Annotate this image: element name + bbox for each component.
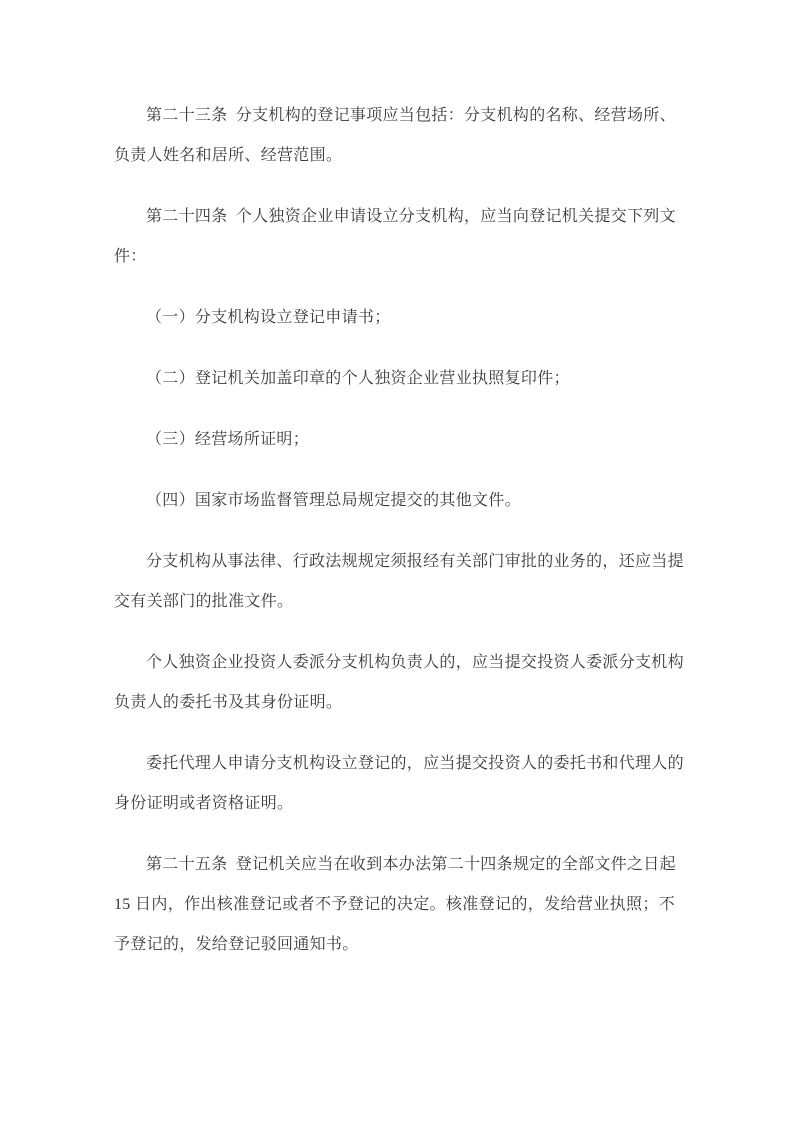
paragraph-entrusted-agent: 委托代理人申请分支机构设立登记的，应当提交投资人的委托书和代理人的 身份证明或者… <box>114 744 675 824</box>
text-line: 身份证明或者资格证明。 <box>114 784 675 824</box>
text-line: 负责人姓名和居所、经营范围。 <box>114 136 675 176</box>
text-line: 第二十四条 个人独资企业申请设立分支机构，应当向登记机关提交下列文 <box>114 197 675 237</box>
text-line: （三）经营场所证明； <box>114 420 675 460</box>
text-line: 分支机构从事法律、行政法规规定须报经有关部门审批的业务的，还应当提 <box>114 542 675 582</box>
text-line: 件： <box>114 237 675 277</box>
paragraph-article-23: 第二十三条 分支机构的登记事项应当包括：分支机构的名称、经营场所、 负责人姓名和… <box>114 96 675 176</box>
paragraph-list-item-3: （三）经营场所证明； <box>114 420 675 460</box>
text-line: 负责人的委托书及其身份证明。 <box>114 683 675 723</box>
text-line: 15 日内，作出核准登记或者不予登记的决定。核准登记的，发给营业执照；不 <box>114 885 675 925</box>
text-line: 第二十三条 分支机构的登记事项应当包括：分支机构的名称、经营场所、 <box>114 96 675 136</box>
document-body: 第二十三条 分支机构的登记事项应当包括：分支机构的名称、经营场所、 负责人姓名和… <box>0 0 793 965</box>
text-line: 个人独资企业投资人委派分支机构负责人的，应当提交投资人委派分支机构 <box>114 643 675 683</box>
paragraph-list-item-2: （二）登记机关加盖印章的个人独资企业营业执照复印件； <box>114 359 675 399</box>
paragraph-article-25: 第二十五条 登记机关应当在收到本办法第二十四条规定的全部文件之日起 15 日内，… <box>114 845 675 965</box>
text-line: （二）登记机关加盖印章的个人独资企业营业执照复印件； <box>114 359 675 399</box>
text-line: （四）国家市场监督管理总局规定提交的其他文件。 <box>114 481 675 521</box>
text-line: 第二十五条 登记机关应当在收到本办法第二十四条规定的全部文件之日起 <box>114 845 675 885</box>
document-page: 第二十三条 分支机构的登记事项应当包括：分支机构的名称、经营场所、 负责人姓名和… <box>0 0 793 1122</box>
paragraph-list-item-1: （一）分支机构设立登记申请书； <box>114 298 675 338</box>
paragraph-approval-documents: 分支机构从事法律、行政法规规定须报经有关部门审批的业务的，还应当提 交有关部门的… <box>114 542 675 622</box>
text-line: 交有关部门的批准文件。 <box>114 582 675 622</box>
text-line: （一）分支机构设立登记申请书； <box>114 298 675 338</box>
text-line: 委托代理人申请分支机构设立登记的，应当提交投资人的委托书和代理人的 <box>114 744 675 784</box>
paragraph-appointed-manager: 个人独资企业投资人委派分支机构负责人的，应当提交投资人委派分支机构 负责人的委托… <box>114 643 675 723</box>
paragraph-article-24: 第二十四条 个人独资企业申请设立分支机构，应当向登记机关提交下列文 件： <box>114 197 675 277</box>
text-line: 予登记的，发给登记驳回通知书。 <box>114 925 675 965</box>
paragraph-list-item-4: （四）国家市场监督管理总局规定提交的其他文件。 <box>114 481 675 521</box>
